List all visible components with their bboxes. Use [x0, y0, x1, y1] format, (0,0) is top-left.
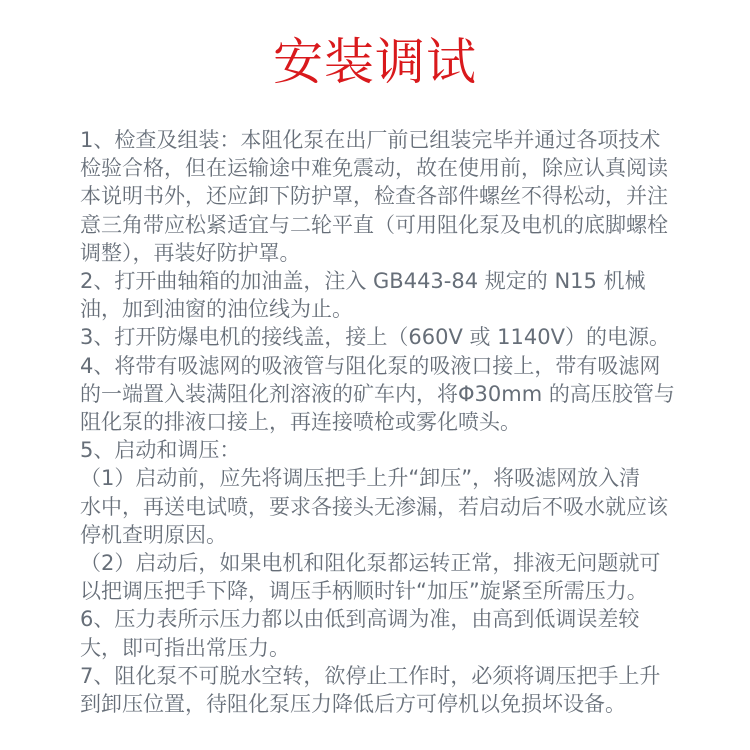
step-5-1-line-3: 停机查明原因。 — [80, 521, 710, 549]
step-7-line-1: 7、阻化泵不可脱水空转，欲停止工作时，必须将调压把手上升 — [80, 662, 710, 690]
step-5-2-line-1: （2）启动后，如果电机和阻化泵都运转正常，排液无问题就可 — [80, 549, 710, 577]
step-2-line-1: 2、打开曲轴箱的加油盖，注入 GB443-84 规定的 N15 机械 — [80, 267, 710, 295]
step-4-line-3: 阻化泵的排液口接上，再连接喷枪或雾化喷头。 — [80, 408, 710, 436]
step-6-line-1: 6、压力表所示压力都以由低到高调为准，由高到低调误差较 — [80, 605, 710, 633]
page-title: 安装调试 — [0, 30, 750, 94]
step-5-heading: 5、启动和调压： — [80, 436, 710, 464]
step-2-line-2: 油，加到油窗的油位线为止。 — [80, 295, 710, 323]
step-1-line-2: 检验合格，但在运输途中难免震动，故在使用前，除应认真阅读 — [80, 154, 710, 182]
step-1-line-1: 1、检查及组装：本阻化泵在出厂前已组装完毕并通过各项技术 — [80, 126, 710, 154]
step-4-line-2: 的一端置入装满阻化剂溶液的矿车内，将Φ30mm 的高压胶管与 — [80, 380, 710, 408]
step-1-line-4: 意三角带应松紧适宜与二轮平直（可用阻化泵及电机的底脚螺栓 — [80, 211, 710, 239]
step-3-line-1: 3、打开防爆电机的接线盖，接上（660V 或 1140V）的电源。 — [80, 323, 710, 351]
step-6-line-2: 大，即可指出常压力。 — [80, 634, 710, 662]
step-1-line-3: 本说明书外，还应卸下防护罩，检查各部件螺丝不得松动，并注 — [80, 182, 710, 210]
step-7-line-2: 到卸压位置，待阻化泵压力降低后方可停机以免损坏设备。 — [80, 690, 710, 718]
step-5-1-line-2: 水中，再送电试喷，要求各接头无渗漏，若启动后不吸水就应该 — [80, 493, 710, 521]
step-5-2-line-2: 以把调压把手下降，调压手柄顺时针“加压”旋紧至所需压力。 — [80, 577, 710, 605]
step-1-line-5: 调整），再装好防护罩。 — [80, 239, 710, 267]
step-4-line-1: 4、将带有吸滤网的吸液管与阻化泵的吸液口接上，带有吸滤网 — [80, 352, 710, 380]
instructions-body: 1、检查及组装：本阻化泵在出厂前已组装完毕并通过各项技术 检验合格，但在运输途中… — [80, 126, 710, 718]
step-5-1-line-1: （1）启动前，应先将调压把手上升“卸压”，将吸滤网放入清 — [80, 464, 710, 492]
